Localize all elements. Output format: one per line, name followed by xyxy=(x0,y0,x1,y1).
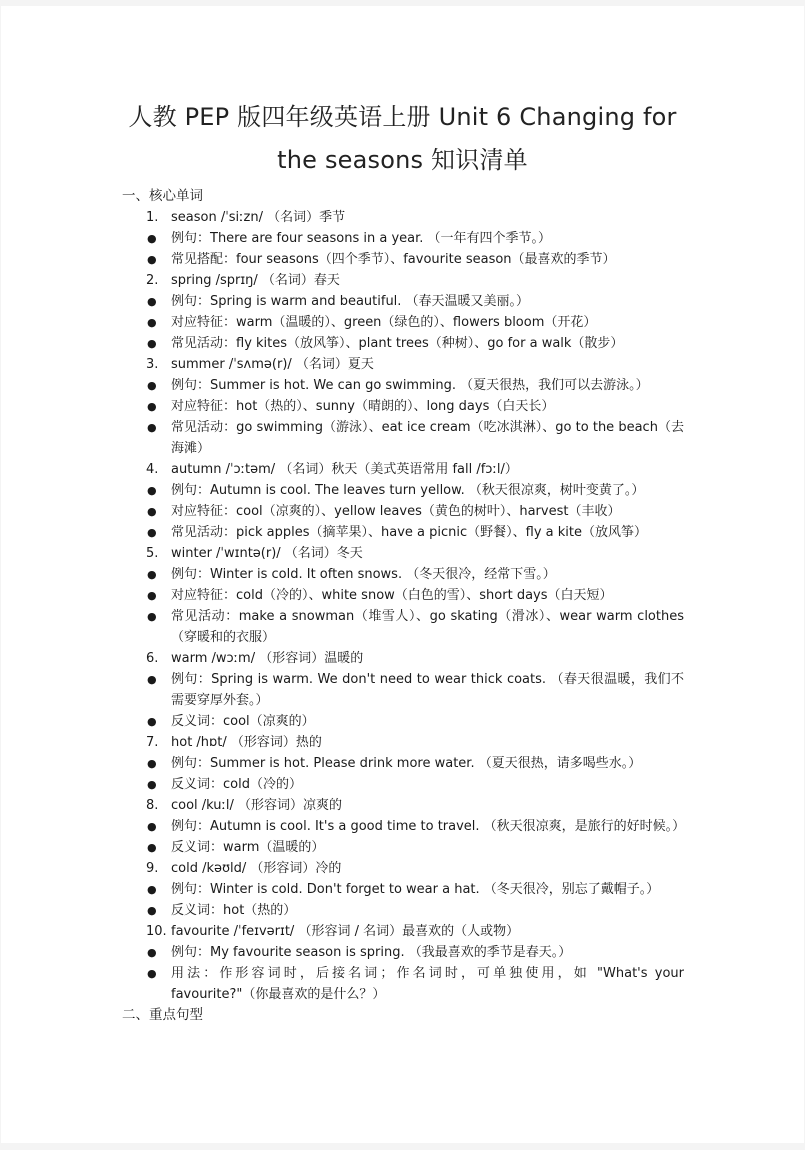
vocab-headword: winter /ˈwɪntə(r)/ （名词）冬天 xyxy=(171,543,684,564)
bullet-icon: ● xyxy=(147,480,157,501)
bullet-icon: ● xyxy=(147,816,157,837)
bullet-icon: ● xyxy=(147,249,157,270)
bullet-icon: ● xyxy=(147,333,157,354)
section-heading-key-sentences-row: 二、重点句型 xyxy=(0,1005,805,1026)
bullet-item: ● 例句：Summer is hot. We can go swimming. … xyxy=(0,375,805,396)
features: 对应特征：cold（冷的）、white snow（白色的雪）、short day… xyxy=(171,585,684,606)
vocab-headword: cold /kəʊld/ （形容词）冷的 xyxy=(171,858,684,879)
vocab-headword: autumn /ˈɔːtəm/ （名词）秋天（美式英语常用 fall /fɔːl… xyxy=(171,459,684,480)
vocab-headword: cool /kuːl/ （形容词）凉爽的 xyxy=(171,795,684,816)
bullet-item: ● 例句：Autumn is cool. The leaves turn yel… xyxy=(0,480,805,501)
bullet-item: ● 例句：Winter is cold. It often snows. （冬天… xyxy=(0,564,805,585)
bullet-icon: ● xyxy=(147,585,157,606)
example-sentence: 例句：Summer is hot. We can go swimming. （夏… xyxy=(171,375,684,396)
bullet-item: ● 对应特征：warm（温暖的）、green（绿色的）、flowers bloo… xyxy=(0,312,805,333)
bullet-item: ● 例句：Winter is cold. Don't forget to wea… xyxy=(0,879,805,900)
bullet-item: ● 例句：Summer is hot. Please drink more wa… xyxy=(0,753,805,774)
bullet-item: ● 常见搭配：four seasons（四个季节）、favourite seas… xyxy=(0,249,805,270)
bullet-item: ● 例句：My favourite season is spring. （我最喜… xyxy=(0,942,805,963)
bullet-item: ● 对应特征：cold（冷的）、white snow（白色的雪）、short d… xyxy=(0,585,805,606)
list-number: 10. xyxy=(146,921,167,942)
bullet-icon: ● xyxy=(147,753,157,774)
features: 对应特征：hot（热的）、sunny（晴朗的）、long days（白天长） xyxy=(171,396,684,417)
vocab-item-hot: 7. hot /hɒt/ （形容词）热的 xyxy=(0,732,805,753)
bullet-item: ● 对应特征：cool（凉爽的）、yellow leaves（黄色的树叶）、ha… xyxy=(0,501,805,522)
bullet-icon: ● xyxy=(147,963,157,984)
bullet-item: ● 反义词：warm（温暖的） xyxy=(0,837,805,858)
activities: 常见活动：make a snowman（堆雪人）、go skating（滑冰）、… xyxy=(171,606,684,648)
bullet-icon: ● xyxy=(147,837,157,858)
antonym: 反义词：cool（凉爽的） xyxy=(171,711,684,732)
bullet-icon: ● xyxy=(147,711,157,732)
vocab-item-autumn: 4. autumn /ˈɔːtəm/ （名词）秋天（美式英语常用 fall /f… xyxy=(0,459,805,480)
antonym: 反义词：hot（热的） xyxy=(171,900,684,921)
vocab-headword: summer /ˈsʌmə(r)/ （名词）夏天 xyxy=(171,354,684,375)
bullet-icon: ● xyxy=(147,375,157,396)
bullet-icon: ● xyxy=(147,291,157,312)
bullet-item: ● 例句：There are four seasons in a year. （… xyxy=(0,228,805,249)
example-sentence: 例句：Winter is cold. It often snows. （冬天很冷… xyxy=(171,564,684,585)
vocab-item-cold: 9. cold /kəʊld/ （形容词）冷的 xyxy=(0,858,805,879)
vocab-item-season: 1. season /ˈsiːzn/ （名词）季节 xyxy=(0,207,805,228)
bullet-item: ● 常见活动：fly kites（放风筝）、plant trees（种树）、go… xyxy=(0,333,805,354)
bullet-icon: ● xyxy=(147,564,157,585)
vocab-headword: warm /wɔːm/ （形容词）温暖的 xyxy=(171,648,684,669)
bullet-item: ● 例句：Spring is warm and beautiful. （春天温暖… xyxy=(0,291,805,312)
example-sentence: 例句：Spring is warm. We don't need to wear… xyxy=(171,669,684,711)
bullet-item: ● 例句：Spring is warm. We don't need to we… xyxy=(0,669,805,711)
section-heading-core-vocabulary: 一、核心单词 xyxy=(122,186,203,206)
activities: 常见活动：go swimming（游泳）、eat ice cream（吃冰淇淋）… xyxy=(171,417,684,459)
features: 对应特征：cool（凉爽的）、yellow leaves（黄色的树叶）、harv… xyxy=(171,501,684,522)
features: 对应特征：warm（温暖的）、green（绿色的）、flowers bloom（… xyxy=(171,312,684,333)
vocab-item-warm: 6. warm /wɔːm/ （形容词）温暖的 xyxy=(0,648,805,669)
bullet-item: ● 例句：Autumn is cool. It's a good time to… xyxy=(0,816,805,837)
bullet-icon: ● xyxy=(147,900,157,921)
vocabulary-list: 1. season /ˈsiːzn/ （名词）季节 ● 例句：There are… xyxy=(0,207,805,1026)
bullet-item: ● 对应特征：hot（热的）、sunny（晴朗的）、long days（白天长） xyxy=(0,396,805,417)
bullet-icon: ● xyxy=(147,501,157,522)
section-heading-key-sentences: 二、重点句型 xyxy=(122,1005,635,1026)
bullet-icon: ● xyxy=(147,669,157,690)
document-title-line-2: the seasons 知识清单 xyxy=(0,146,805,174)
antonym: 反义词：warm（温暖的） xyxy=(171,837,684,858)
bullet-icon: ● xyxy=(147,522,157,543)
bullet-icon: ● xyxy=(147,396,157,417)
vocab-item-summer: 3. summer /ˈsʌmə(r)/ （名词）夏天 xyxy=(0,354,805,375)
bullet-item: ● 常见活动：go swimming（游泳）、eat ice cream（吃冰淇… xyxy=(0,417,805,459)
vocab-item-winter: 5. winter /ˈwɪntə(r)/ （名词）冬天 xyxy=(0,543,805,564)
example-sentence: 例句：Winter is cold. Don't forget to wear … xyxy=(171,879,684,900)
bullet-item: ● 用法：作形容词时，后接名词；作名词时，可单独使用，如 "What's you… xyxy=(0,963,805,1005)
list-number: 4. xyxy=(146,459,158,480)
collocations: 常见搭配：four seasons（四个季节）、favourite season… xyxy=(171,249,684,270)
list-number: 2. xyxy=(146,270,158,291)
vocab-item-cool: 8. cool /kuːl/ （形容词）凉爽的 xyxy=(0,795,805,816)
example-sentence: 例句：There are four seasons in a year. （一年… xyxy=(171,228,684,249)
list-number: 3. xyxy=(146,354,158,375)
activities: 常见活动：pick apples（摘苹果）、have a picnic（野餐）、… xyxy=(171,522,684,543)
list-number: 7. xyxy=(146,732,158,753)
usage-note: 用法：作形容词时，后接名词；作名词时，可单独使用，如 "What's your … xyxy=(171,963,684,1005)
list-number: 8. xyxy=(146,795,158,816)
example-sentence: 例句：Summer is hot. Please drink more wate… xyxy=(171,753,684,774)
example-sentence: 例句：Autumn is cool. The leaves turn yello… xyxy=(171,480,684,501)
bullet-icon: ● xyxy=(147,312,157,333)
example-sentence: 例句：Autumn is cool. It's a good time to t… xyxy=(171,816,684,837)
vocab-headword: season /ˈsiːzn/ （名词）季节 xyxy=(171,207,684,228)
bullet-item: ● 常见活动：make a snowman（堆雪人）、go skating（滑冰… xyxy=(0,606,805,648)
bullet-item: ● 反义词：cool（凉爽的） xyxy=(0,711,805,732)
list-number: 5. xyxy=(146,543,158,564)
bullet-item: ● 反义词：hot（热的） xyxy=(0,900,805,921)
bullet-icon: ● xyxy=(147,879,157,900)
bullet-icon: ● xyxy=(147,606,157,627)
bullet-icon: ● xyxy=(147,228,157,249)
document-title-line-1: 人教 PEP 版四年级英语上册 Unit 6 Changing for xyxy=(0,103,805,131)
example-sentence: 例句：My favourite season is spring. （我最喜欢的… xyxy=(171,942,684,963)
example-sentence: 例句：Spring is warm and beautiful. （春天温暖又美… xyxy=(171,291,684,312)
bullet-icon: ● xyxy=(147,774,157,795)
list-number: 6. xyxy=(146,648,158,669)
activities: 常见活动：fly kites（放风筝）、plant trees（种树）、go f… xyxy=(171,333,684,354)
list-number: 9. xyxy=(146,858,158,879)
bullet-icon: ● xyxy=(147,942,157,963)
vocab-headword: favourite /ˈfeɪvərɪt/ （形容词 / 名词）最喜欢的（人或物… xyxy=(171,921,684,942)
vocab-item-favourite: 10. favourite /ˈfeɪvərɪt/ （形容词 / 名词）最喜欢的… xyxy=(0,921,805,942)
vocab-item-spring: 2. spring /sprɪŋ/ （名词）春天 xyxy=(0,270,805,291)
bullet-icon: ● xyxy=(147,417,157,438)
bullet-item: ● 反义词：cold（冷的） xyxy=(0,774,805,795)
vocab-headword: spring /sprɪŋ/ （名词）春天 xyxy=(171,270,684,291)
vocab-headword: hot /hɒt/ （形容词）热的 xyxy=(171,732,684,753)
list-number: 1. xyxy=(146,207,158,228)
bullet-item: ● 常见活动：pick apples（摘苹果）、have a picnic（野餐… xyxy=(0,522,805,543)
antonym: 反义词：cold（冷的） xyxy=(171,774,684,795)
